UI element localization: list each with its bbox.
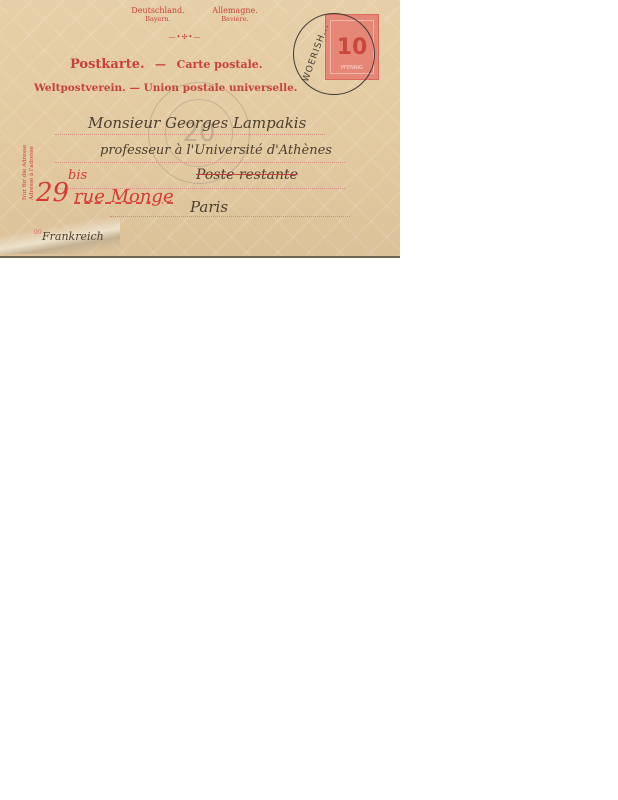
small-mark: 00 <box>34 229 42 236</box>
redirect-street: rue Monge <box>74 186 174 207</box>
title-de: Postkarte. <box>70 57 145 72</box>
address-line-3-struck: Poste restante <box>196 167 298 183</box>
header-country-fr: Allemagne. Bavière. <box>200 6 270 24</box>
address-city: Paris <box>190 198 228 216</box>
postcard: Deutschland. Bayern. Allemagne. Bavière.… <box>0 0 400 258</box>
side-note: Nur für die Adresse Adresse à l'adresse <box>22 145 36 200</box>
ornament-divider: —•✣•— <box>155 33 215 41</box>
address-line-2: professeur à l'Université d'Athènes <box>100 143 332 158</box>
title-fr: Carte postale. <box>177 58 263 71</box>
postmark-cancel <box>293 13 375 95</box>
address-country: Frankreich <box>42 230 104 243</box>
card-subtitle: Weltpostverein. — Union postale universe… <box>34 82 297 94</box>
address-line-1: Monsieur Georges Lampakis <box>88 114 306 132</box>
card-title: Postkarte. — Carte postale. <box>70 57 263 72</box>
address-line-1-rule <box>55 134 325 135</box>
title-dash: — <box>155 58 166 71</box>
redirect-bis: bis <box>68 168 87 183</box>
header-country-de: Deutschland. Bayern. <box>128 6 188 24</box>
address-line-2-rule <box>55 162 345 163</box>
address-line-4-rule <box>110 216 350 217</box>
redirect-number: 29 <box>36 178 69 208</box>
